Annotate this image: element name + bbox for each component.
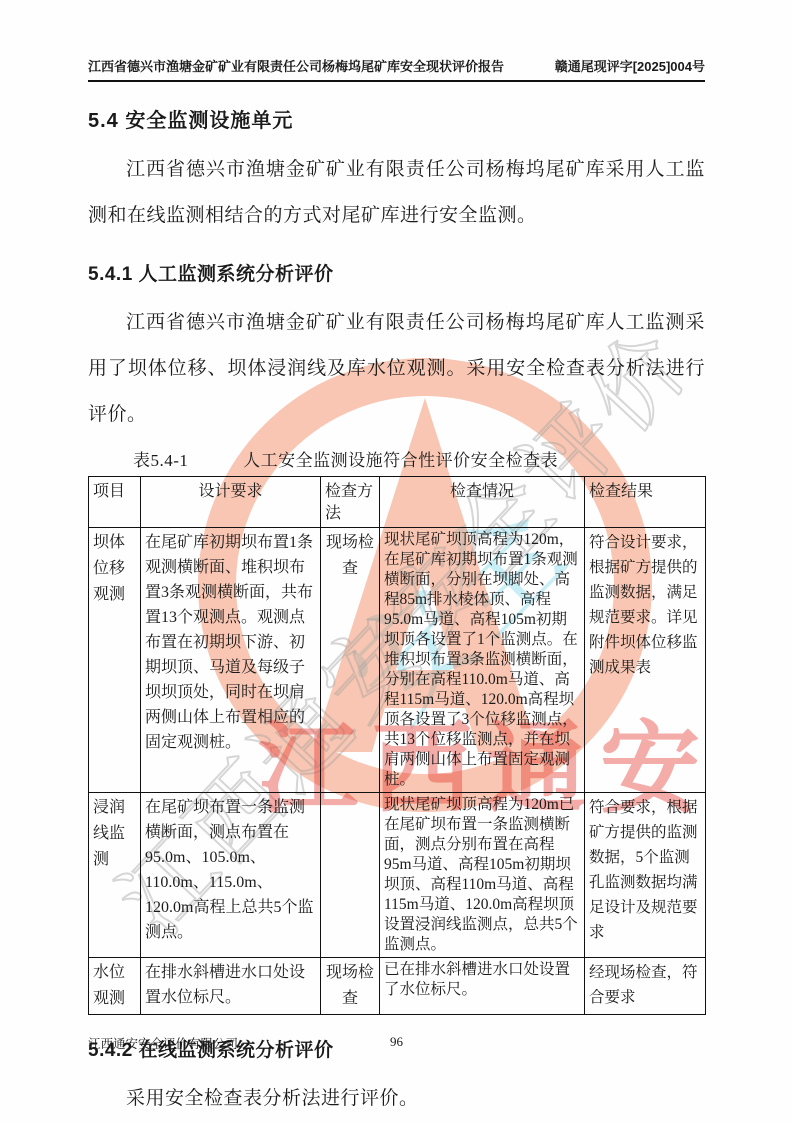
col-header-result: 检查结果 <box>585 477 706 528</box>
section-heading-5-4: 5.4 安全监测设施单元 <box>88 104 705 133</box>
report-page: 安全 江西通安安全评价 江西通安 江西省德兴市渔塘金矿矿业有限责任公司杨梅坞尾矿… <box>0 0 793 1122</box>
col-header-item: 项目 <box>89 477 141 528</box>
table-row-phreatic-line: 浸润线监测 在尾矿坝布置一条监测横断面，测点布置在95.0m、105.0m、11… <box>89 793 706 958</box>
page-number: 96 <box>390 1034 403 1050</box>
section-heading-5-4-1: 5.4.1 人工监测系统分析评价 <box>88 259 705 286</box>
cell-check-result: 符合设计要求，根据矿方提供的监测数据，满足规范要求。详见附件坝体位移监测成果表 <box>585 528 706 793</box>
cell-check-situation: 已在排水斜槽进水口处设置了水位标尺。 <box>380 958 585 1015</box>
table-caption-label: 表5.4-1 <box>133 451 188 470</box>
cell-item: 水位观测 <box>89 958 141 1015</box>
table-row-dam-displacement: 坝体位移观测 在尾矿库初期坝布置1条观测横断面、堆积坝布置3条观测横断面，共布置… <box>89 528 706 793</box>
cell-design-requirement: 在尾矿坝布置一条监测横断面，测点布置在95.0m、105.0m、110.0m、1… <box>141 793 321 958</box>
cell-design-requirement: 在尾矿库初期坝布置1条观测横断面、堆积坝布置3条观测横断面，共布置13个观测点。… <box>141 528 321 793</box>
header-report-title: 江西省德兴市渔塘金矿矿业有限责任公司杨梅坞尾矿库安全现状评价报告 <box>88 56 504 75</box>
cell-check-situation: 现状尾矿坝顶高程为120m，在尾矿库初期坝布置1条观测横断面，分别在坝脚处、高程… <box>380 528 585 793</box>
table-caption: 表5.4-1 人工安全监测设施符合性评价安全检查表 <box>88 446 705 471</box>
cell-item: 坝体位移观测 <box>89 528 141 793</box>
page-footer: 江西通安安全评价有限公司 96 <box>88 1034 705 1052</box>
cell-check-result: 经现场检查，符合要求 <box>585 958 706 1015</box>
cell-check-result: 符合要求，根据矿方提供的监测数据，5个监测孔监测数据均满足设计及规范要求 <box>585 793 706 958</box>
paragraph-5-4-2: 采用安全检查表分析法进行评价。 <box>88 1076 705 1122</box>
cell-item: 浸润线监测 <box>89 793 141 958</box>
table-row-water-level: 水位观测 在排水斜槽进水口处设置水位标尺。 现场检查 已在排水斜槽进水口处设置了… <box>89 958 706 1015</box>
cell-check-method: 现场检查 <box>321 958 380 1015</box>
paragraph-5-4: 江西省德兴市渔塘金矿矿业有限责任公司杨梅坞尾矿库采用人工监测和在线监测相结合的方… <box>88 147 705 239</box>
cell-check-method <box>321 793 380 958</box>
table-caption-title: 人工安全监测设施符合性评价安全检查表 <box>243 451 558 470</box>
col-header-method: 检查方法 <box>321 477 380 528</box>
cell-check-situation: 现状尾矿坝顶高程为120m已在尾矿坝布置一条监测横断面，测点分别布置在高程95m… <box>380 793 585 958</box>
cell-design-requirement: 在排水斜槽进水口处设置水位标尺。 <box>141 958 321 1015</box>
safety-check-table: 项目 设计要求 检查方法 检查情况 检查结果 坝体位移观测 在尾矿库初期坝布置1… <box>88 476 706 1015</box>
cell-check-method: 现场检查 <box>321 528 380 793</box>
footer-company-name: 江西通安安全评价有限公司 <box>88 1037 238 1051</box>
running-header: 江西省德兴市渔塘金矿矿业有限责任公司杨梅坞尾矿库安全现状评价报告 赣通尾现评字[… <box>88 56 705 82</box>
paragraph-5-4-1: 江西省德兴市渔塘金矿矿业有限责任公司杨梅坞尾矿库人工监测采用了坝体位移、坝体浸润… <box>88 300 705 438</box>
col-header-design: 设计要求 <box>141 477 321 528</box>
table-header-row: 项目 设计要求 检查方法 检查情况 检查结果 <box>89 477 706 528</box>
header-doc-number: 赣通尾现评字[2025]004号 <box>555 56 705 75</box>
page-content: 江西省德兴市渔塘金矿矿业有限责任公司杨梅坞尾矿库安全现状评价报告 赣通尾现评字[… <box>0 0 793 1122</box>
col-header-situation: 检查情况 <box>380 477 585 528</box>
